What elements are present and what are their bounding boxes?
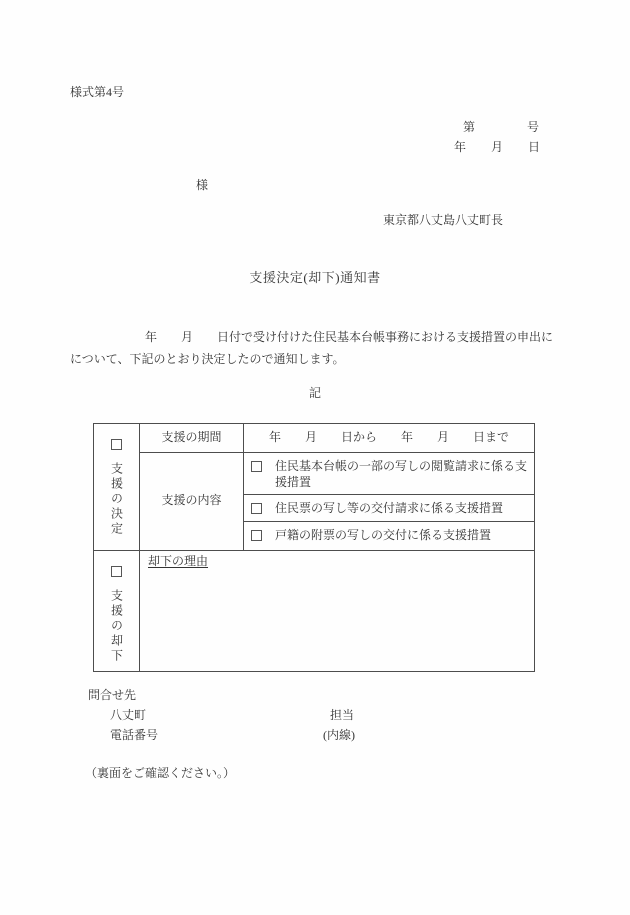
recipient-suffix: 様 [196,179,208,193]
rejection-reason-cell: 却下の理由 [140,550,535,671]
content-label-cell: 支援の内容 [140,453,244,551]
date-line: 年 月 日 [454,141,540,155]
contact-extension-label: (内線) [323,729,355,743]
document-title: 支援決定(却下)通知書 [0,271,630,286]
form-number: 様式第4号 [70,86,124,100]
content-item-3-label: 戸籍の附票の写しの交付に係る支援措置 [275,527,491,543]
content-item-cell: 住民基本台帳の一部の写しの閲覧請求に係る支援措置 [244,453,535,495]
content-item-1-checkbox[interactable] [251,461,262,472]
date-day-label: 日 [528,141,540,155]
content-item-1-label: 住民基本台帳の一部の写しの閲覧請求に係る支援措置 [275,458,532,490]
ki-marker: 記 [0,387,630,401]
date-year-label: 年 [454,141,466,155]
rejection-label: 支援の却下 [111,589,123,664]
date-month-label: 月 [491,141,503,155]
doc-number-line: 第 号 [463,121,539,135]
decision-label: 支援の決定 [111,462,123,537]
sender-name: 東京都八丈島八丈町長 [383,214,503,228]
decision-checkbox[interactable] [111,439,122,450]
content-item-cell: 戸籍の附票の写しの交付に係る支援措置 [244,521,535,550]
decision-table: 支援の決定 支援の期間 年 月 日から 年 月 日まで 支援の内容 住民基本台帳… [93,423,535,672]
rejection-reason-label: 却下の理由 [148,555,208,569]
content-item-2-label: 住民票の写し等の交付請求に係る支援措置 [275,500,503,516]
contact-town: 八丈町 [110,709,146,723]
content-item-2-checkbox[interactable] [251,503,262,514]
content-item-cell: 住民票の写し等の交付請求に係る支援措置 [244,495,535,521]
period-value-cell: 年 月 日から 年 月 日まで [244,424,535,453]
contact-phone-label: 電話番号 [110,729,158,743]
body-text-line1: 年 月 日付で受け付けた住民基本台帳事務における支援措置の申出に [145,331,553,345]
contact-staff-label: 担当 [330,709,354,723]
reverse-side-note: （裏面をご確認ください。） [85,767,235,781]
rejection-checkbox[interactable] [111,566,122,577]
content-item-3-checkbox[interactable] [251,530,262,541]
doc-number-suffix: 号 [527,121,539,135]
document-page: 様式第4号 第 号 年 月 日 様 東京都八丈島八丈町長 支援決定(却下)通知書… [0,0,630,915]
decision-header-cell: 支援の決定 [94,424,140,551]
period-label-cell: 支援の期間 [140,424,244,453]
rejection-header-cell: 支援の却下 [94,550,140,671]
contact-heading: 問合せ先 [88,689,136,703]
body-text-line2: について、下記のとおり決定したので通知します。 [70,353,345,367]
doc-number-prefix: 第 [463,121,475,135]
